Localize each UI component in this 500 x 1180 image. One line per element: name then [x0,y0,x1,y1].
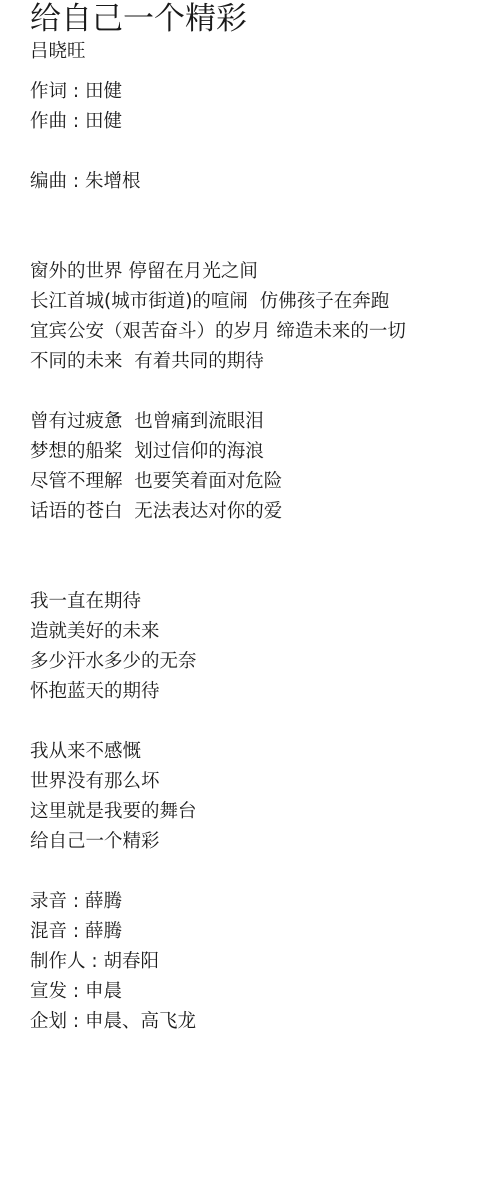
credit-planning: 企划 : 申晨、高飞龙 [30,1007,490,1037]
verse-2: 曾有过疲惫 也曾痛到流眼泪 梦想的船桨 划过信仰的海浪 尽管不理解 也要笑着面对… [30,407,490,527]
blank-line [30,527,490,557]
lyric-line: 这里就是我要的舞台 [30,797,490,827]
lyric-line: 怀抱蓝天的期待 [30,677,490,707]
lyric-line: 我从来不感慨 [30,737,490,767]
credits-top: 作词 : 田健 作曲 : 田健 [30,77,490,137]
verse-1: 窗外的世界 停留在月光之间 长江首城(城市街道)的喧闹 仿佛孩子在奔跑 宜宾公安… [30,257,490,377]
lyric-line: 给自己一个精彩 [30,827,490,857]
credit-composer: 作曲 : 田健 [30,107,490,137]
lyric-line: 不同的未来 有着共同的期待 [30,347,490,377]
blank-line [30,707,490,737]
blank-line [30,197,490,227]
credit-recording: 录音 : 薛腾 [30,887,490,917]
lyric-line: 多少汗水多少的无奈 [30,647,490,677]
lyric-line: 我一直在期待 [30,587,490,617]
credit-lyricist: 作词 : 田健 [30,77,490,107]
credit-producer: 制作人 : 胡春阳 [30,947,490,977]
chorus-2: 我从来不感慨 世界没有那么坏 这里就是我要的舞台 给自己一个精彩 [30,737,490,857]
lyric-line: 话语的苍白 无法表达对你的爱 [30,497,490,527]
chorus-1: 我一直在期待 造就美好的未来 多少汗水多少的无奈 怀抱蓝天的期待 [30,587,490,707]
lyric-line: 梦想的船桨 划过信仰的海浪 [30,437,490,467]
blank-line [30,377,490,407]
lyric-line: 长江首城(城市街道)的喧闹 仿佛孩子在奔跑 [30,287,490,317]
lyric-line: 尽管不理解 也要笑着面对危险 [30,467,490,497]
lyrics-page: 给自己一个精彩 吕晓旺 作词 : 田健 作曲 : 田健 编曲 : 朱增根 窗外的… [30,0,490,1037]
credits-bottom: 录音 : 薛腾 混音 : 薛腾 制作人 : 胡春阳 宣发 : 申晨 企划 : 申… [30,887,490,1037]
lyric-line: 世界没有那么坏 [30,767,490,797]
song-title: 给自己一个精彩 [30,0,490,38]
artist-name: 吕晓旺 [30,37,490,67]
lyric-line: 曾有过疲惫 也曾痛到流眼泪 [30,407,490,437]
credit-arranger: 编曲 : 朱增根 [30,167,490,197]
spacer [30,67,490,77]
credit-promotion: 宣发 : 申晨 [30,977,490,1007]
blank-line [30,227,490,257]
lyric-line: 窗外的世界 停留在月光之间 [30,257,490,287]
blank-line [30,557,490,587]
blank-line [30,137,490,167]
blank-line [30,857,490,887]
credit-mixing: 混音 : 薛腾 [30,917,490,947]
lyric-line: 造就美好的未来 [30,617,490,647]
lyric-line: 宜宾公安（艰苦奋斗）的岁月 缔造未来的一切 [30,317,490,347]
